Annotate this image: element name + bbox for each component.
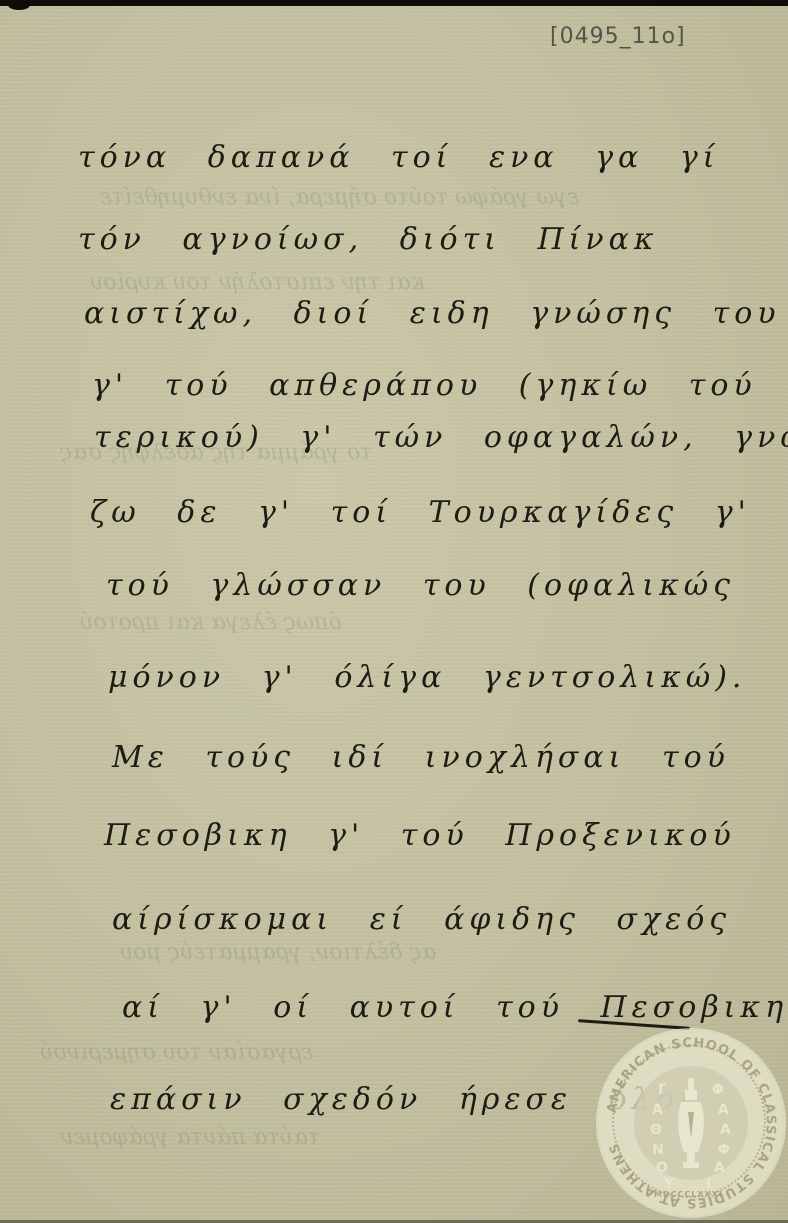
seal-letter: Θ (650, 1122, 662, 1138)
scan-edge-notch (8, 0, 30, 10)
bleed-through-text: εργασίαν του σημερινού (40, 1040, 313, 1065)
handwriting-line: γ' τού απθεράπου (γηκίω τού Εξω- (92, 368, 788, 403)
handwriting-line: τού γλώσσαν του (οφαλικώς (106, 568, 735, 603)
handwriting-line: Με τούς ιδί ινοχλήσαι τού (112, 740, 730, 775)
handwriting-line: μόνον γ' όλίγα γεντσολικώ). (108, 660, 746, 695)
seal-letter: Α (718, 1102, 729, 1118)
amphora-icon (676, 1078, 706, 1172)
seal-letter: Ν (652, 1142, 664, 1158)
seal-letter: Α (720, 1122, 731, 1138)
bleed-through-text: ταύτα πάντα γράφομεν (60, 1125, 320, 1150)
bleed-through-text: εγω γράφω τούτο σήμερα, ίνα ενθυμηθείτε (100, 185, 579, 210)
bleed-through-text: όπως έλεγα και προτού (80, 610, 342, 635)
handwriting-line: αί γ' οί αυτοί τού Πεσοβικη και. (122, 990, 788, 1025)
manuscript-page: εγω γράφω τούτο σήμερα, ίνα ενθυμηθείτε … (0, 0, 788, 1223)
institution-seal: AMERICAN SCHOOL OF CLASSICAL STUDIES AT … (598, 1030, 784, 1216)
seal-letter: Α (652, 1102, 663, 1118)
handwriting-line: αίρίσκομαι εί άφιδης σχεός (112, 902, 731, 937)
handwriting-line: Πεσοβικη γ' τού Προξενικού (104, 818, 736, 853)
seal-letter: Ο (656, 1160, 668, 1176)
handwriting-line: ζω δε γ' τοί Τουρκαγίδες γ' (90, 495, 751, 530)
archive-reference-label: [0495_11o] (550, 24, 686, 49)
bleed-through-text: και την επιστολήν του κυρίου (90, 270, 425, 295)
handwriting-line: τόν αγνοίωσ, διότι Πίνακ (78, 222, 659, 257)
handwriting-line: αιστίχω, διοί ειδη γνώσης του (84, 296, 781, 331)
handwriting-line: τόνα δαπανά τοί ενα γα γί (78, 140, 720, 175)
bleed-through-text: ας δέλτιον, γραμματεύς μου (120, 940, 437, 965)
seal-letter: Φ (712, 1082, 724, 1098)
seal-letter: Α (714, 1160, 725, 1176)
scan-top-edge (0, 0, 788, 6)
seal-letter: Γ (658, 1082, 667, 1098)
seal-year: MDCCCLXXXI (654, 1190, 723, 1199)
seal-letter: Φ (718, 1142, 730, 1158)
handwriting-line: τερικού) γ' τών οφαγαλών, γνωρί- (94, 420, 788, 455)
